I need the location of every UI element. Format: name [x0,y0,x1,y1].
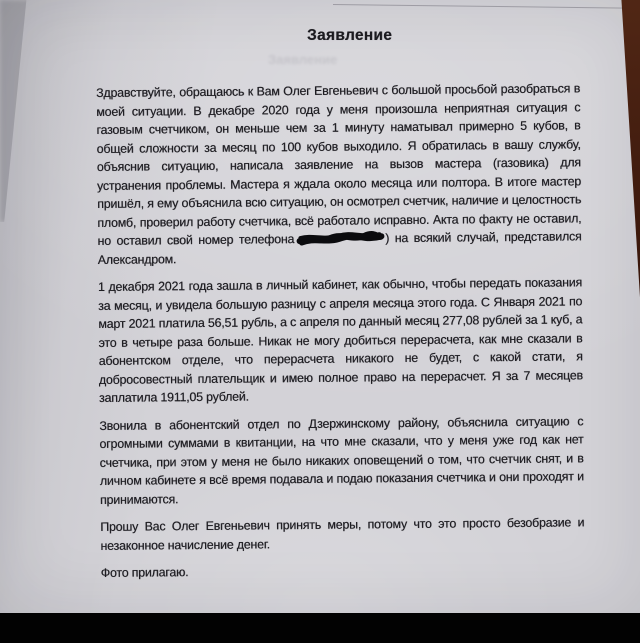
paragraph-phone-call: Звонила в абонентский отдел по Дзержинск… [99,412,584,509]
paper-top-edge [333,4,640,9]
photo-scene: Заявление Заявление Здравствуйте, обраща… [0,0,640,643]
document-body: Здравствуйте, обращаюсь к Вам Олег Евген… [96,79,585,591]
photo-bottom-black-strip [0,613,640,643]
paper-left-edge-shadow [0,0,30,222]
document-title: Заявление [307,27,392,45]
paragraph-request: Прошу Вас Олег Евгеньевич принять меры, … [100,513,584,555]
paragraph-recalculation: 1 декабря 2021 года зашла в личный кабин… [98,273,583,407]
paragraph-greeting: Здравствуйте, обращаюсь к Вам Олег Евген… [96,79,582,269]
paper-sheet: Заявление Заявление Здравствуйте, обраща… [0,0,640,613]
photo-attached-note: Фото прилагаю. [101,559,585,582]
paragraph-greeting-text: Здравствуйте, обращаюсь к Вам Олег Евген… [96,81,581,248]
redacted-phone-scribble [296,229,384,247]
title-ink-bleedthrough: Заявление [268,52,337,67]
